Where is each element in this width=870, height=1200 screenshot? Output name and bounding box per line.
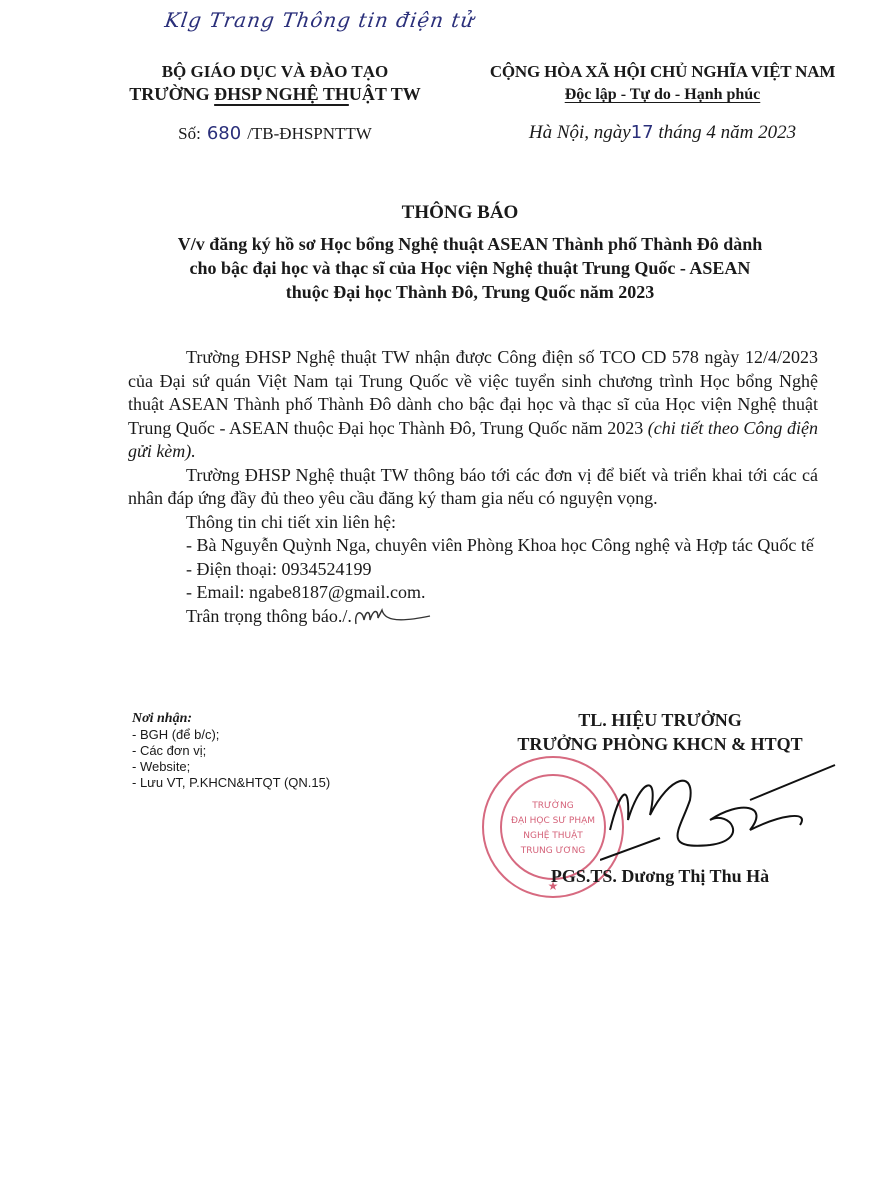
document-title: THÔNG BÁO bbox=[0, 202, 870, 224]
recipient-item: - Các đơn vị; bbox=[132, 743, 330, 759]
document-body: Trường ĐHSP Nghệ thuật TW nhận được Công… bbox=[128, 346, 818, 628]
recipients-label: Nơi nhận: bbox=[132, 711, 330, 727]
handwritten-day: 17 bbox=[631, 122, 654, 143]
contact-intro: Thông tin chi tiết xin liên hệ: bbox=[128, 511, 818, 535]
svg-text:TRƯỜNG: TRƯỜNG bbox=[531, 799, 573, 811]
svg-text:ĐẠI HỌC SƯ PHẠM: ĐẠI HỌC SƯ PHẠM bbox=[511, 816, 595, 826]
recipient-item: - BGH (để b/c); bbox=[132, 727, 330, 743]
issuer-header: BỘ GIÁO DỤC VÀ ĐÀO TẠO TRƯỜNG ĐHSP NGHỆ … bbox=[110, 62, 440, 144]
recipient-item: - Lưu VT, P.KHCN&HTQT (QN.15) bbox=[132, 775, 330, 791]
national-header: CỘNG HÒA XÃ HỘI CHỦ NGHĨA VIỆT NAM Độc l… bbox=[460, 62, 865, 144]
ministry-name: BỘ GIÁO DỤC VÀ ĐÀO TẠO bbox=[110, 62, 440, 82]
recipient-item: - Website; bbox=[132, 759, 330, 775]
closing-line: Trân trọng thông báo./. bbox=[128, 605, 818, 629]
place-date: Hà Nội, ngày17 tháng 4 năm 2023 bbox=[460, 122, 865, 144]
signer-name: PGS.TS. Dương Thị Thu Hà bbox=[490, 866, 830, 887]
contact-person: - Bà Nguyễn Quỳnh Nga, chuyên viên Phòng… bbox=[128, 534, 818, 558]
national-motto: Độc lập - Tự do - Hạnh phúc bbox=[460, 86, 865, 104]
signer-on-behalf: TL. HIỆU TRƯỞNG bbox=[490, 708, 830, 732]
contact-email: - Email: ngabe8187@gmail.com. bbox=[128, 581, 818, 605]
handwritten-note: Klg Trang Thông tin điện tử bbox=[163, 8, 476, 32]
signer-position: TRƯỞNG PHÒNG KHCN & HTQT bbox=[490, 732, 830, 756]
svg-text:TRUNG ƯƠNG: TRUNG ƯƠNG bbox=[520, 846, 586, 856]
signature-icon bbox=[600, 760, 840, 870]
svg-text:NGHỆ THUẬT: NGHỆ THUẬT bbox=[523, 829, 583, 841]
paragraph-1: Trường ĐHSP Nghệ thuật TW nhận được Công… bbox=[128, 346, 818, 464]
document-subject: V/v đăng ký hồ sơ Học bổng Nghệ thuật AS… bbox=[120, 232, 820, 304]
paragraph-2: Trường ĐHSP Nghệ thuật TW thông báo tới … bbox=[128, 464, 818, 511]
signer-block: TL. HIỆU TRƯỞNG TRƯỞNG PHÒNG KHCN & HTQT bbox=[490, 708, 830, 756]
contact-phone: - Điện thoại: 0934524199 bbox=[128, 558, 818, 582]
country-name: CỘNG HÒA XÃ HỘI CHỦ NGHĨA VIỆT NAM bbox=[460, 62, 865, 82]
school-name: TRƯỜNG ĐHSP NGHỆ THUẬT TW bbox=[110, 84, 440, 105]
document-number: Số:680/TB-ĐHSPNTTW bbox=[110, 123, 440, 144]
initials-icon bbox=[352, 606, 432, 628]
handwritten-number: 680 bbox=[207, 123, 241, 144]
recipients-block: Nơi nhận: - BGH (để b/c); - Các đơn vị; … bbox=[132, 711, 330, 791]
